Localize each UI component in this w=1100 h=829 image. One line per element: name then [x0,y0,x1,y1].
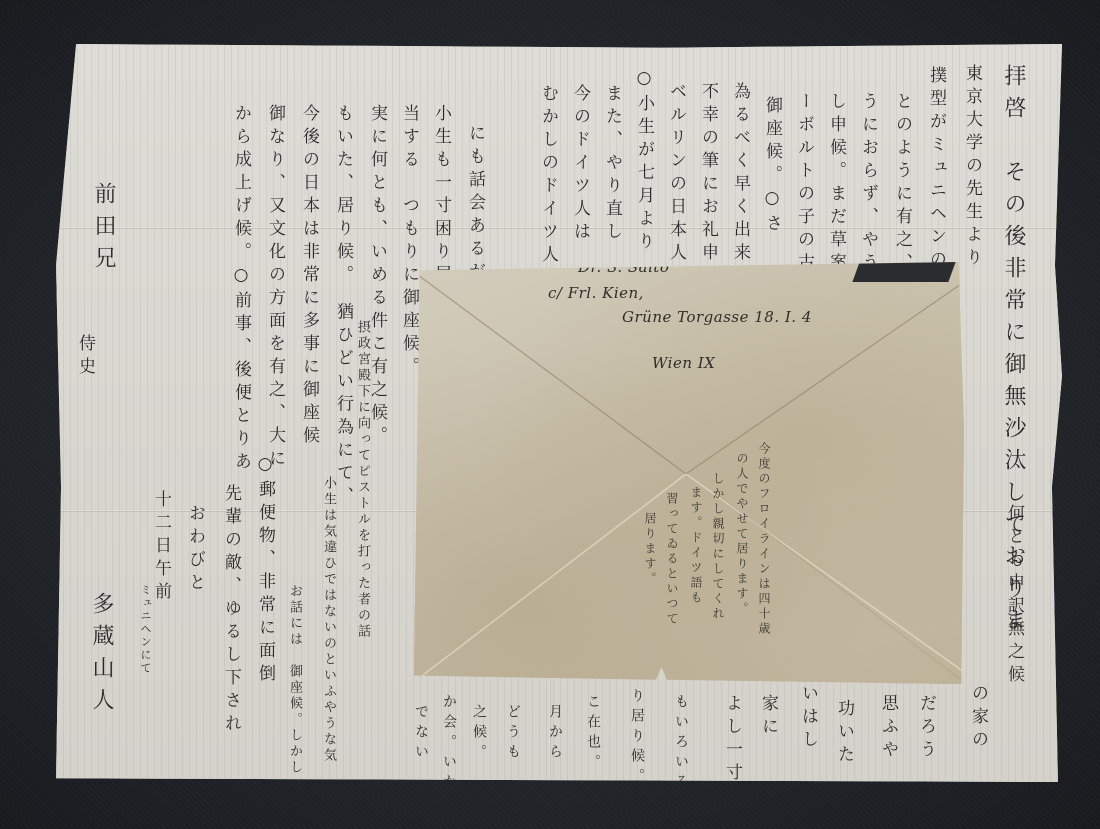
sender-city: Wien IX [652,354,715,372]
letter-column: いはし [799,684,816,753]
letter-column: 功いた [835,699,852,768]
letter-column: 思ふや [879,694,896,763]
letter-column: から成上げ候。○前事、後便とりあ [232,104,249,475]
tape-strip [852,262,955,282]
letter-column: 何とも申訳無之候 [1005,504,1022,688]
letter-column: り居り候。 [630,688,644,788]
letter-column: どうも [506,704,520,764]
letter-column: だろう [917,694,934,763]
letter-column: お話には 御座候。しかし [288,584,301,776]
letter-column: こ在也。 [586,694,600,774]
letter-column: 先輩の敵、ゆるし下され [222,484,239,737]
sender-street: Grüne Torgasse 18. I. 4 [622,308,812,326]
letter-column: 東京大学の先生より [963,64,980,271]
sender-care-of: c/ Frl. Kien, [548,284,644,302]
envelope-note-column: 今度のフロイラインは四十歳 [758,442,770,637]
letter-column: よし一寸 [723,694,740,786]
signature: 多蔵山人 [90,592,112,720]
recipient-name: 前田兄 [92,182,114,278]
letter-column: 摂政宮殿下に向ってピストルを打った者の話 [356,320,369,640]
envelope-note-column: 習ってゐるといつて [666,492,678,627]
letter-column: 月から [548,704,562,764]
letter-column: 今のドイツ人は [571,84,588,245]
letter-column: ○小生が七月より [635,68,652,255]
letter-column: ○郵便物、非常に面倒 [256,454,273,687]
envelope-note-column: しかし親切にしてくれ [712,472,724,622]
envelope-note-column: ます。ドイツ語も [690,486,702,606]
letter-column: むかしのドイツ人は [539,84,556,291]
letter-column: ベルリンの日本人 [667,82,684,266]
letter-column: でない [414,704,428,764]
honorific: 侍史 [76,334,93,380]
letter-column: にも話会あるが [466,124,483,285]
envelope-note-column: の人でやせて居ります。 [736,452,748,617]
letter-column: もいろいろ [674,694,688,794]
letter-column: か会。いか [442,694,456,794]
letter-column: 為るべく早く出来が [731,82,748,289]
letter-column: の家の [969,684,986,753]
letter-column: 家に [759,694,776,740]
envelope: Dr. S. Saito c/ Frl. Kien, Grüne Torgass… [414,262,964,684]
letter-column: 小生は気違ひではないのといふやうな気 [322,476,335,764]
letter-column: もいた、居り候。 猶ひどい行為にて、 [334,104,351,510]
letter-column: 御なり、又文化の方面を有之、大に [266,104,283,472]
letter-place-note: ミュニヘンにて [140,584,151,675]
letter-date: 十二日午前 [152,490,169,605]
letter-column: また、やり直し [603,84,620,245]
letter-column: 今後の日本は非常に多事に御座候 [300,104,317,449]
letter-column: 之候。 [472,704,486,764]
letter-column: 実に何とも、いめる件こ有之候。 [368,104,385,449]
letter-column: 御座候。○さ [763,96,780,237]
letter-column: 不幸の筆にお礼申上 [699,82,716,289]
postscript: おわびと [186,504,203,596]
letter-column: 当する つもりに御座候。 [400,104,417,380]
envelope-note-column: 居ります。 [644,512,656,587]
